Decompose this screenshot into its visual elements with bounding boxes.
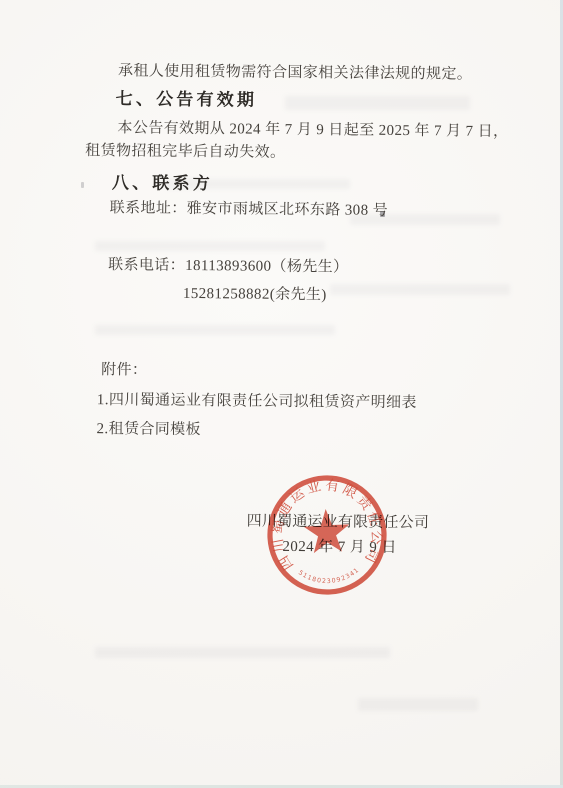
section-heading-contact: 八、联系方: [112, 172, 213, 194]
attachment-item-1: 1.四川蜀通运业有限责任公司拟租赁资产明细表: [97, 391, 417, 413]
section-heading-validity: 七、公告有效期: [116, 88, 258, 111]
contact-phone-1: 联系电话：18113893600（杨先生）: [108, 256, 349, 277]
official-seal: 四川蜀通运业有限责任公司 5118023092341: [232, 440, 421, 629]
paragraph-regulation: 承租人使用租赁物需符合国家相关法律法规的规定。: [118, 62, 472, 84]
contact-address: 联系地址：雅安市雨城区北环东路 308 号: [110, 199, 389, 220]
contact-phone-2: 15281258882(余先生): [183, 285, 327, 305]
validity-period-line1: 本公告有效期从 2024 年 7 月 9 日起至 2025 年 7 月 7 日，: [117, 119, 508, 142]
attachment-item-2: 2.租赁合同模板: [96, 420, 201, 440]
validity-period-line2: 租赁物招租完毕后自动失效。: [85, 142, 285, 163]
seal-star-icon: [303, 508, 351, 554]
attachments-label: 附件：: [101, 361, 147, 380]
scanned-document-page: 承租人使用租赁物需符合国家相关法律法规的规定。 七、公告有效期 本公告有效期从 …: [0, 0, 563, 788]
document-body: 承租人使用租赁物需符合国家相关法律法规的规定。 七、公告有效期 本公告有效期从 …: [0, 0, 563, 788]
